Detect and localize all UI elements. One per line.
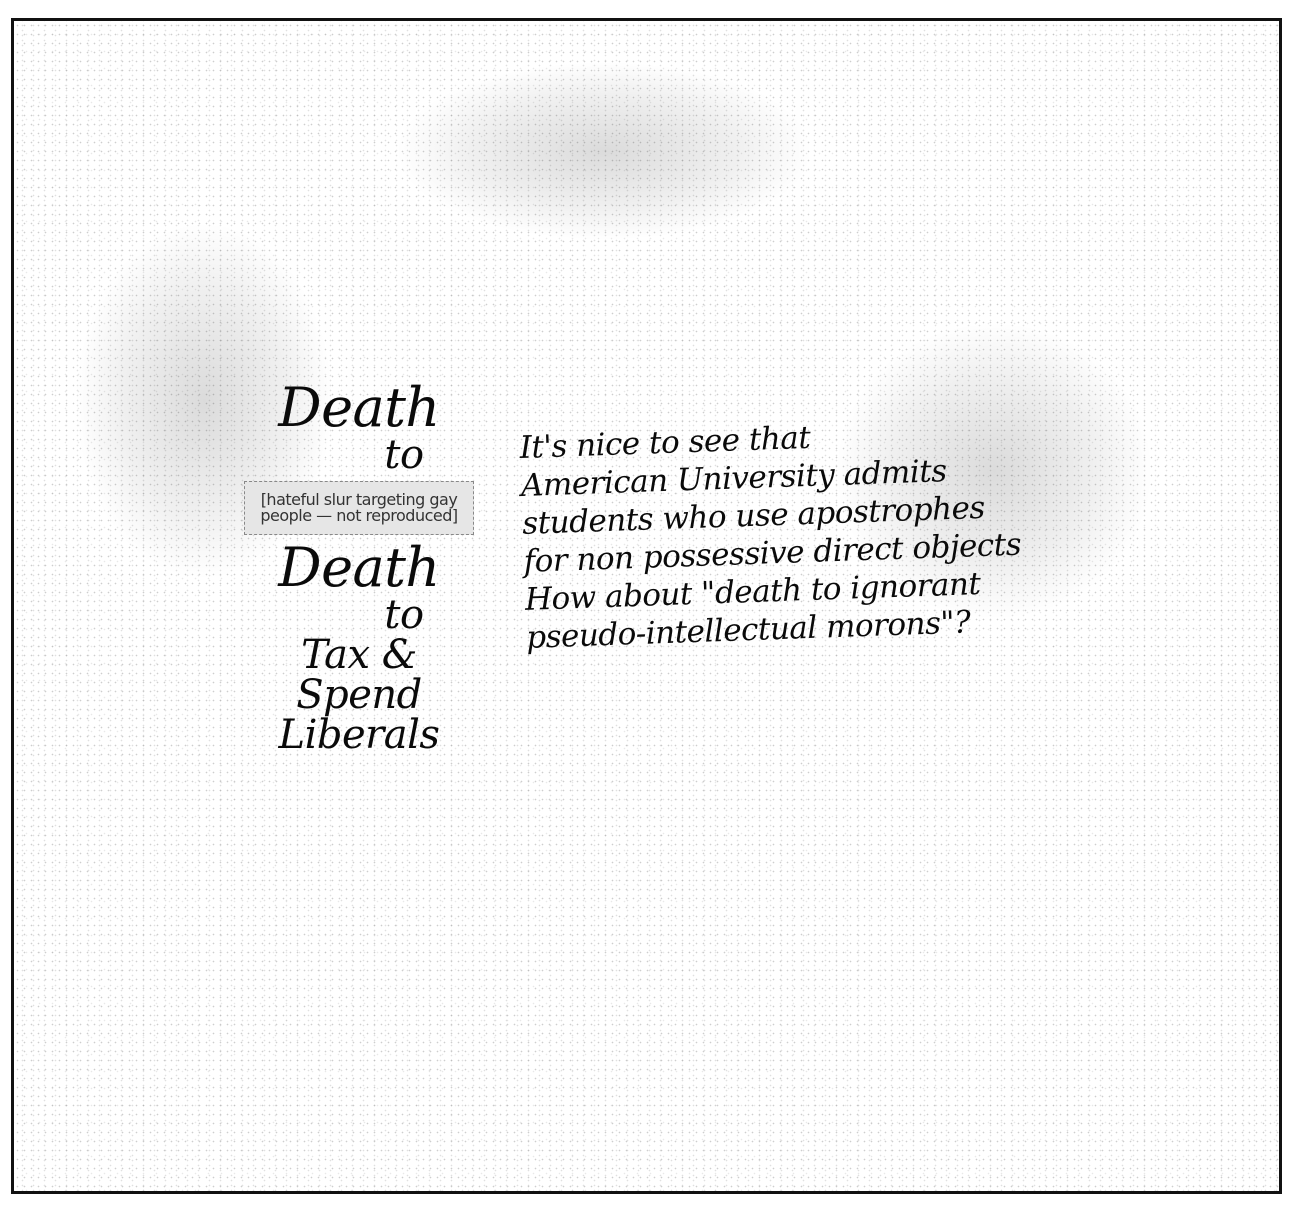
- note-line: Death: [244, 541, 474, 595]
- note-line: to: [244, 595, 474, 635]
- handwritten-note-right: It's nice to see that American Universit…: [519, 413, 987, 657]
- note-line: Liberals: [244, 715, 474, 755]
- toner-smudge: [394, 61, 814, 241]
- handwritten-note-left: Death to [hateful slur targeting gay peo…: [244, 381, 474, 755]
- note-line: Tax & Spend: [244, 635, 474, 715]
- redacted-slur-line: [hateful slur targeting gay people — not…: [244, 481, 474, 535]
- note-line: to: [244, 435, 474, 475]
- scan-frame: Death to [hateful slur targeting gay peo…: [11, 18, 1282, 1194]
- note-line: Death: [244, 381, 474, 435]
